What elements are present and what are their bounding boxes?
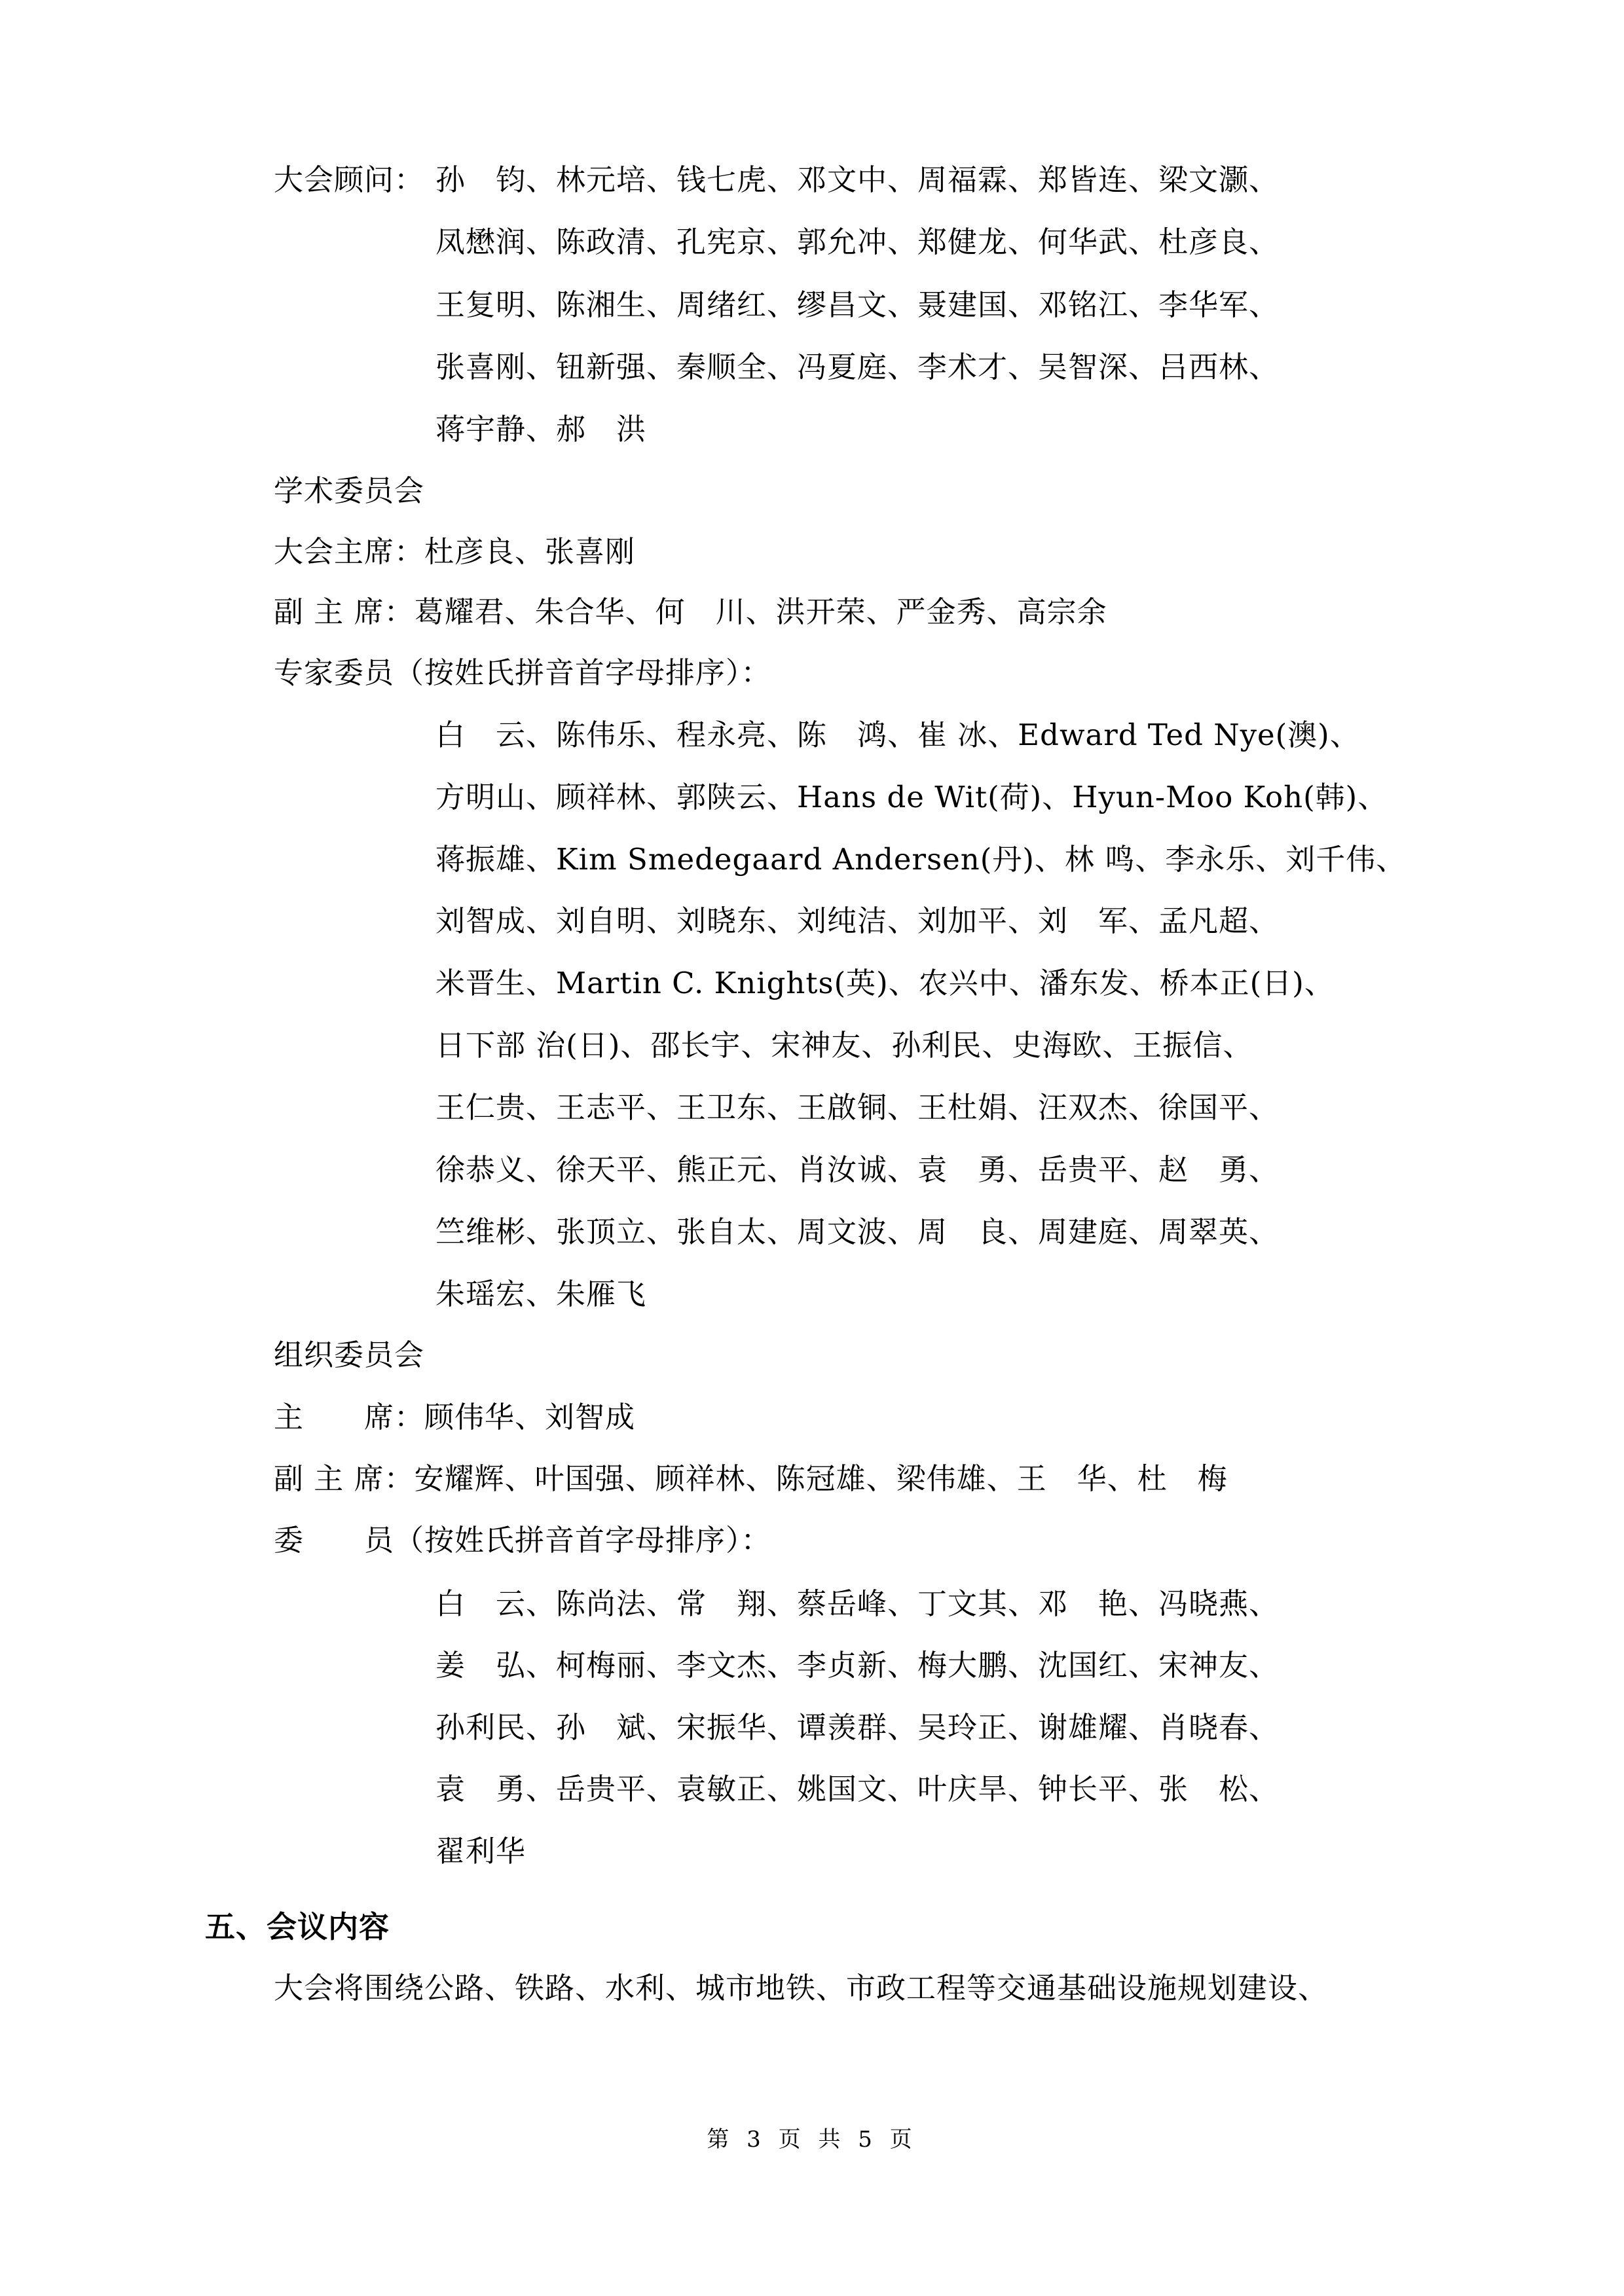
experts-line-2: 方明山、顾祥林、郭陕云、Hans de Wit(荷)、Hyun-Moo Koh(… xyxy=(435,778,1388,817)
organizing-committee-title: 组织委员会 xyxy=(274,1336,424,1375)
academic-experts-label: 专家委员（按姓氏拼音首字母排序）： xyxy=(274,653,771,693)
experts-line-8: 徐恭义、徐天平、熊正元、肖汝诚、袁 勇、岳贵平、赵 勇、 xyxy=(435,1150,1279,1190)
organizing-members-label: 委 员（按姓氏拼音首字母排序）： xyxy=(274,1521,771,1560)
members-line-1: 白 云、陈尚法、常 翔、蔡岳峰、丁文其、邓 艳、冯晓燕、 xyxy=(435,1584,1279,1624)
advisors-line-1: 孙 钧、林元培、钱七虎、邓文中、周福霖、郑皆连、梁文灏、 xyxy=(435,160,1279,200)
experts-line-10: 朱瑶宏、朱雁飞 xyxy=(435,1275,646,1314)
academic-vice-chair: 副 主 席：葛耀君、朱合华、何 川、洪开荣、严金秀、高宗余 xyxy=(274,592,1107,632)
members-line-4: 袁 勇、岳贵平、袁敏正、姚国文、叶庆旱、钟长平、张 松、 xyxy=(435,1770,1279,1809)
page-number: 第 3 页 共 5 页 xyxy=(0,2121,1624,2153)
section-5-body: 大会将围绕公路、铁路、水利、城市地铁、市政工程等交通基础设施规划建设、 xyxy=(274,1969,1328,2008)
organizing-chair: 主 席：顾伟华、刘智成 xyxy=(274,1398,635,1437)
members-line-5: 翟利华 xyxy=(435,1832,526,1871)
organizing-vice-chair: 副 主 席：安耀辉、叶国强、顾祥林、陈冠雄、梁伟雄、王 华、杜 梅 xyxy=(274,1459,1228,1499)
advisors-line-5: 蒋宇静、郝 洪 xyxy=(435,410,646,449)
experts-line-9: 竺维彬、张顶立、张自太、周文波、周 良、周建庭、周翠英、 xyxy=(435,1212,1279,1252)
section-5-heading: 五、会议内容 xyxy=(205,1907,390,1946)
members-line-2: 姜 弘、柯梅丽、李文杰、李贞新、梅大鹏、沈国红、宋神友、 xyxy=(435,1646,1279,1685)
advisors-line-3: 王复明、陈湘生、周绪红、缪昌文、聂建国、邓铭江、李华军、 xyxy=(435,285,1279,325)
advisors-line-2: 凤懋润、陈政清、孔宪京、郭允冲、郑健龙、何华武、杜彦良、 xyxy=(435,223,1279,262)
advisors-line-4: 张喜刚、钮新强、秦顺全、冯夏庭、李术才、吴智深、吕西林、 xyxy=(435,348,1279,387)
academic-chair: 大会主席：杜彦良、张喜刚 xyxy=(274,532,635,572)
experts-line-5: 米晋生、Martin C. Knights(英)、农兴中、潘东发、桥本正(日)、 xyxy=(435,964,1335,1003)
members-line-3: 孙利民、孙 斌、宋振华、谭羡群、吴玲正、谢雄耀、肖晓春、 xyxy=(435,1708,1279,1747)
experts-line-4: 刘智成、刘自明、刘晓东、刘纯洁、刘加平、刘 军、孟凡超、 xyxy=(435,902,1279,941)
experts-line-3: 蒋振雄、Kim Smedegaard Andersen(丹)、林 鸣、李永乐、刘… xyxy=(435,840,1406,879)
experts-line-1: 白 云、陈伟乐、程永亮、陈 鸿、崔 冰、Edward Ted Nye(澳)、 xyxy=(435,716,1360,755)
experts-line-6: 日下部 治(日)、邵长宇、宋神友、孙利民、史海欧、王振信、 xyxy=(435,1026,1253,1065)
academic-committee-title: 学术委员会 xyxy=(274,471,424,511)
advisors-label: 大会顾问： xyxy=(274,160,424,200)
experts-line-7: 王仁贵、王志平、王卫东、王啟铜、王杜娟、汪双杰、徐国平、 xyxy=(435,1088,1279,1127)
